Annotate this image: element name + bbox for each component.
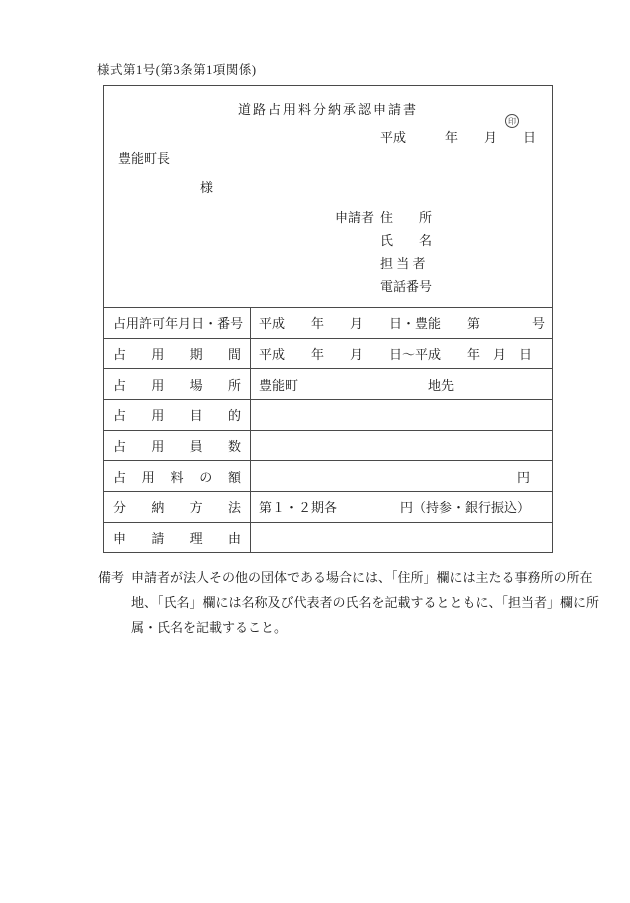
date-line: 平成 年 月 日 xyxy=(380,127,536,146)
table-row: 占用員数 xyxy=(104,430,552,461)
row-header-permit-date-number: 占用許可年月日・番号 xyxy=(104,313,250,332)
row-header-occupancy-place: 占用場所 xyxy=(104,375,250,394)
applicant-fields: 住 所 氏 名 担 当 者 電話番号 xyxy=(380,206,432,298)
payment-method-label: 円（持参・銀行振込） xyxy=(400,497,530,516)
table-row: 分納方法 第１・２期各円（持参・銀行振込） xyxy=(104,491,552,522)
applicant-label: 申請者 xyxy=(335,206,374,229)
row-value-occupancy-place: 豊能町 地先 xyxy=(259,375,454,394)
application-form-box: 道路占用料分納承認申請書 平成 年 月 日 豊能町長 様 申請者 住 所 氏 名… xyxy=(103,85,553,553)
applicant-address-label: 住 所 xyxy=(380,206,432,229)
row-header-occupancy-purpose: 占用目的 xyxy=(104,405,250,424)
form-number-label: 様式第1号(第3条第1項関係) xyxy=(97,60,257,78)
addressee-honorific: 様 xyxy=(200,177,213,196)
table-row: 占用目的 xyxy=(104,399,552,430)
applicant-name-label: 氏 名 xyxy=(380,229,432,252)
document-page: 様式第1号(第3条第1項関係) 道路占用料分納承認申請書 平成 年 月 日 豊能… xyxy=(0,0,630,903)
applicant-block: 申請者 住 所 氏 名 担 当 者 電話番号 xyxy=(335,206,552,298)
table-row: 占用許可年月日・番号 平成 年 月 日・豊能 第 号 xyxy=(104,308,552,339)
row-header-occupancy-quantity: 占用員数 xyxy=(104,436,250,455)
table-row: 申請理由 xyxy=(104,522,552,552)
applicant-contact-person-label: 担 当 者 xyxy=(380,252,432,275)
row-header-installment-method: 分納方法 xyxy=(104,497,250,516)
remarks-label: 備考 xyxy=(98,565,124,590)
form-title: 道路占用料分納承認申請書 xyxy=(104,99,552,118)
yen-unit-label: 円 xyxy=(517,467,530,486)
remarks-text: 申請者が法人その他の団体である場合には、「住所」欄には主たる事務所の所在 地、「… xyxy=(131,565,599,640)
applicant-phone-label: 電話番号 xyxy=(380,275,432,298)
row-value-permit-date-number: 平成 年 月 日・豊能 第 号 xyxy=(259,313,545,332)
table-row: 占用場所 豊能町 地先 xyxy=(104,369,552,400)
form-header: 道路占用料分納承認申請書 平成 年 月 日 豊能町長 様 申請者 住 所 氏 名… xyxy=(104,86,552,307)
row-value-installment-method: 第１・２期各 xyxy=(259,497,337,516)
application-table: 占用許可年月日・番号 平成 年 月 日・豊能 第 号 占用期間 平成 年 月 日… xyxy=(104,307,552,552)
row-header-fee-amount: 占用料の額 xyxy=(104,467,250,486)
row-header-application-reason: 申請理由 xyxy=(104,528,250,547)
remarks-note: 備考 申請者が法人その他の団体である場合には、「住所」欄には主たる事務所の所在 … xyxy=(98,565,568,640)
table-row: 占用料の額 円 xyxy=(104,461,552,492)
table-row: 占用期間 平成 年 月 日～平成 年 月 日 xyxy=(104,338,552,369)
addressee-name: 豊能町長 xyxy=(118,148,170,167)
seal-mark-icon: 印 xyxy=(505,114,519,128)
row-header-occupancy-period: 占用期間 xyxy=(104,344,250,363)
row-value-occupancy-period: 平成 年 月 日～平成 年 月 日 xyxy=(259,344,532,363)
